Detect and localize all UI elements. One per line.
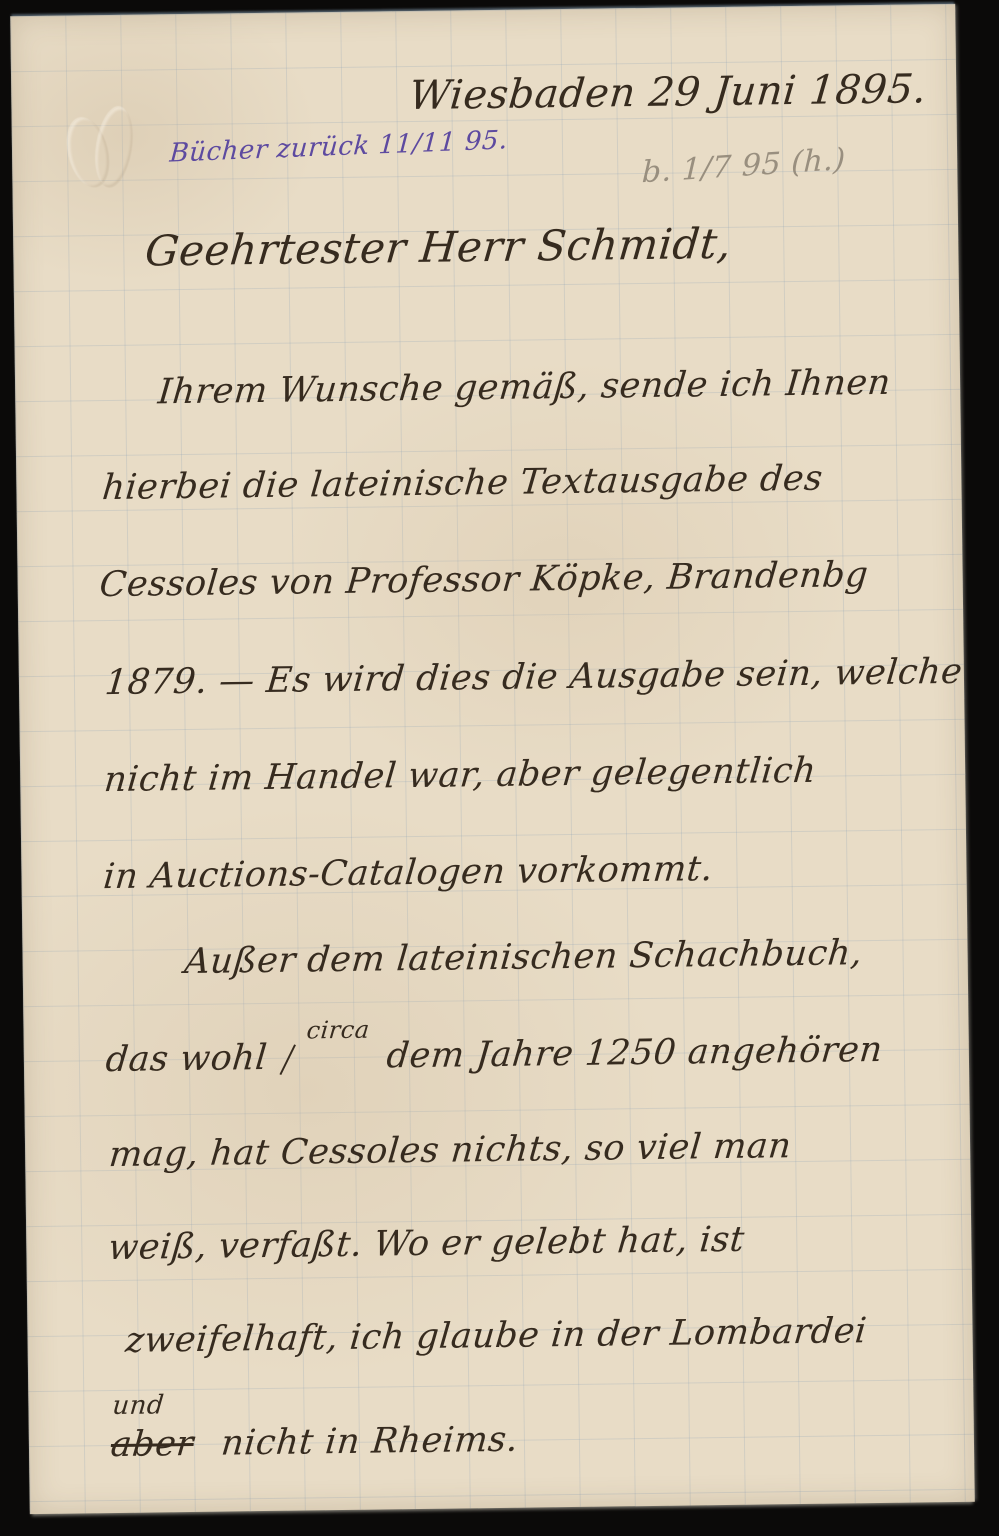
letter-line: weiß, verfaßt. Wo er gelebt hat, ist <box>107 1220 747 1268</box>
line-text: dem Jahre 1250 angehören <box>385 1030 884 1077</box>
letter-line: das wohl circa dem Jahre 1250 angehören <box>104 1030 884 1080</box>
letter-line: Außer dem lateinischen Schachbuch, <box>183 933 864 982</box>
insertion-caret-mark <box>279 1044 296 1075</box>
letter-line: zweifelhaft, ich glaube in der Lombardei <box>124 1311 869 1361</box>
correction: und aber <box>109 1424 195 1465</box>
inserted-word: circa <box>305 1016 370 1045</box>
scan-background: Wiesbaden 29 Juni 1895. Bücher zurück 11… <box>0 0 999 1536</box>
purple-ink-annotation: Bücher zurück 11/11 95. <box>169 125 509 168</box>
embossed-monogram-icon <box>66 104 147 205</box>
letter-line: und aber nicht in Rheims. <box>109 1420 520 1465</box>
embossed-monogram-shape <box>91 105 137 189</box>
letter-page: Wiesbaden 29 Juni 1895. Bücher zurück 11… <box>10 4 975 1514</box>
letter-line: Cessoles von Professor Köpke, Brandenbg <box>98 555 870 605</box>
letter-line: in Auctions-Catalogen vorkommt. <box>102 849 715 897</box>
letter-line: hierbei die lateinische Textausgabe des <box>101 459 825 508</box>
line-text: nicht in Rheims. <box>219 1420 520 1464</box>
letter-line: nicht im Handel war, aber gelegentlich <box>102 751 818 800</box>
dateline: Wiesbaden 29 Juni 1895. <box>407 66 929 119</box>
replacement-word: und <box>111 1390 165 1421</box>
letter-line: mag, hat Cessoles nichts, so viel man <box>107 1126 793 1175</box>
pencil-annotation: b. 1/7 95 (h.) <box>641 142 846 190</box>
letter-line: Ihrem Wunsche gemäß, sende ich Ihnen <box>156 363 892 413</box>
letter-line: 1879. — Es wird dies die Ausgabe sein, w… <box>103 652 964 703</box>
salutation: Geehrtester Herr Schmidt, <box>143 219 734 276</box>
line-text: das wohl <box>104 1038 269 1080</box>
struck-word: aber <box>109 1424 195 1465</box>
